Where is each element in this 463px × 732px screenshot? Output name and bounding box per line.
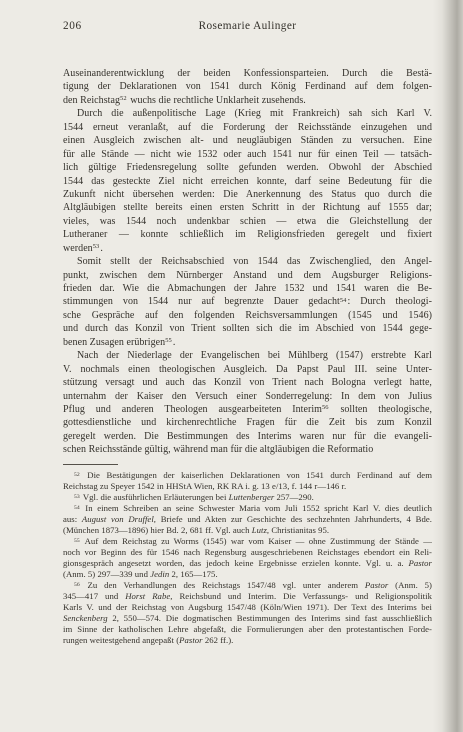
- text-line: werden53.: [63, 242, 432, 255]
- text-segment: stimmungen von 1544 nur auf begrenzte Da…: [63, 296, 340, 307]
- text-line: V. nochmals einen theologischen Ausgleic…: [63, 363, 432, 376]
- text-segment: 1544 erneut veranlaßt, auf die Forderung…: [63, 122, 432, 133]
- text-line: Auseinanderentwicklung der beiden Konfes…: [63, 67, 432, 80]
- text-segment: .: [100, 243, 103, 254]
- text-line: schen Reichsstände gültig, während man f…: [63, 443, 432, 456]
- text-segment: Pastor: [365, 580, 388, 590]
- text-line: 1544 erneut veranlaßt, auf die Forderung…: [63, 121, 432, 134]
- text-line: Pflug und anderen Theologen ausgearbeite…: [63, 403, 432, 416]
- text-segment: Lutz: [252, 525, 267, 535]
- footnote-line: aus: August von Druffel, Briefe und Akte…: [63, 514, 432, 525]
- text-segment: , Briefe und Akten zur Geschichte des se…: [154, 514, 432, 524]
- text-line: einen Ausgleich zwischen alt- und neuglä…: [63, 134, 432, 147]
- text-segment: Zukunft nicht übersehen werden: Die Aner…: [63, 189, 432, 200]
- text-segment: frieden dar. Wie die Abmachungen der Jah…: [63, 283, 432, 294]
- text-line: Lutheraner — konnte schließlich im Relig…: [63, 228, 432, 241]
- text-segment: schen Reichsstände gültig, während man f…: [63, 444, 373, 455]
- text-segment: Vgl. die ausführlichen Erläuterungen bei: [81, 492, 229, 502]
- text-segment: 257—290.: [274, 492, 314, 502]
- text-line: Durch die außenpolitische Lage (Krieg mi…: [63, 107, 432, 120]
- footnote-line: Reichstag zu Speyer 1542 in HHStA Wien, …: [63, 481, 432, 492]
- text-segment: : Durch theologi-: [347, 296, 432, 307]
- page-header: 206 Rosemarie Aulinger: [63, 20, 432, 34]
- text-segment: unternahm der Kaiser den Versuch einer S…: [63, 391, 432, 402]
- page-number: 206: [63, 20, 82, 32]
- footnote-marker: 56: [74, 582, 80, 588]
- footnote-line: gionsgespräch angesetzt worden, das jedo…: [63, 558, 432, 569]
- text-line: Nach der Niederlage der Evangelischen be…: [63, 349, 432, 362]
- book-page: 206 Rosemarie Aulinger Auseinanderentwic…: [0, 0, 463, 732]
- text-line: 1544 das gesteckte Ziel nicht erreichen …: [63, 175, 432, 188]
- text-segment: .: [173, 337, 176, 348]
- footnote-line: (Anm. 5) 297—339 und Jedin 2, 165—175.: [63, 569, 432, 580]
- paragraph: Somit stellt der Reichsabschied von 1544…: [63, 255, 432, 349]
- text-segment: , Christianitas 95.: [267, 525, 329, 535]
- footnote-line: 53 Vgl. die ausführlichen Erläuterungen …: [63, 492, 432, 503]
- text-segment: Luttenberger: [229, 492, 275, 502]
- text-line: Somit stellt der Reichsabschied von 1544…: [63, 255, 432, 268]
- text-segment: Auf dem Reichstag zu Worms (1545) war vo…: [81, 536, 432, 546]
- text-segment: Die Bestätigungen der kaiserlichen Dekla…: [81, 470, 432, 480]
- text-segment: Karls V. und der Reichstag von Augsburg …: [63, 602, 432, 612]
- page-gutter-shadow: [433, 0, 463, 732]
- footnote-line: 55 Auf dem Reichstag zu Worms (1545) war…: [63, 536, 432, 547]
- text-segment: (Anm. 5): [388, 580, 432, 590]
- footnote-marker: 52: [120, 95, 127, 102]
- text-segment: , Reichsbund und Interim. Die Verfassung…: [170, 591, 432, 601]
- text-segment: Auseinanderentwicklung der beiden Konfes…: [63, 68, 432, 79]
- text-segment: noch vor Beginn des für 1546 nach Regens…: [63, 547, 432, 557]
- body-text: Auseinanderentwicklung der beiden Konfes…: [63, 67, 432, 457]
- text-segment: rungen weitestgehend angepaßt (: [63, 635, 179, 645]
- text-segment: 2, 550—574. Die dogmatischen Bestimmunge…: [108, 613, 432, 623]
- running-head: Rosemarie Aulinger: [63, 20, 432, 32]
- text-segment: Pastor: [409, 558, 432, 568]
- footnote-marker: 54: [340, 297, 347, 304]
- text-segment: sche Gespräche auf den folgenden Reichsv…: [63, 310, 432, 321]
- footnote-line: (München 1873—1896) hier Bd. 2, 681 ff. …: [63, 525, 432, 536]
- text-segment: vieles, was 1544 noch undenkbar schien —…: [63, 216, 432, 227]
- text-segment: August von Druffel: [82, 514, 154, 524]
- footnote-line: rungen weitestgehend angepaßt (Pastor 26…: [63, 635, 432, 646]
- text-segment: aus:: [63, 514, 82, 524]
- text-line: für alle Stände — nicht wie 1532 oder au…: [63, 148, 432, 161]
- text-segment: im Sinne der katholischen Lehre abgefaßt…: [63, 624, 432, 634]
- text-segment: sollten theologische,: [330, 404, 432, 415]
- text-line: und durch das Konzil von Trient sollten …: [63, 322, 432, 335]
- text-segment: Durch die außenpolitische Lage (Krieg mi…: [77, 108, 432, 119]
- footnote: 53 Vgl. die ausführlichen Erläuterungen …: [63, 492, 432, 503]
- text-segment: einen Ausgleich zwischen alt- und neuglä…: [63, 135, 432, 146]
- text-segment: Horst Rabe: [125, 591, 170, 601]
- paragraph: Durch die außenpolitische Lage (Krieg mi…: [63, 107, 432, 255]
- text-segment: gionsgespräch angesetzt worden, das jedo…: [63, 558, 409, 568]
- footnote-line: Karls V. und der Reichstag von Augsburg …: [63, 602, 432, 613]
- text-segment: für alle Stände — nicht wie 1532 oder au…: [63, 149, 432, 160]
- text-segment: 2, 165—175.: [169, 569, 217, 579]
- text-segment: Zu den Verhandlungen des Reichstags 1547…: [81, 580, 365, 590]
- text-segment: 1544 das gesteckte Ziel nicht erreichen …: [63, 176, 432, 187]
- text-segment: gottesdienstliche und kirchenrechtliche …: [63, 417, 432, 428]
- text-segment: stützung versagt und auch das Konzil von…: [63, 377, 432, 388]
- text-segment: benen Zusagen erübrigen: [63, 337, 165, 348]
- text-segment: In einem Schreiben an seine Schwester Ma…: [81, 503, 432, 513]
- footnotes-section: 52 Die Bestätigungen der kaiserlichen De…: [63, 470, 432, 646]
- footnote-marker: 55: [74, 538, 80, 544]
- footnote-marker: 52: [74, 472, 80, 478]
- text-segment: Altgläubigen stellte bereits einen erste…: [63, 202, 432, 213]
- text-line: vieles, was 1544 noch undenkbar schien —…: [63, 215, 432, 228]
- footnote-line: 52 Die Bestätigungen der kaiserlichen De…: [63, 470, 432, 481]
- footnote-line: 54 In einem Schreiben an seine Schwester…: [63, 503, 432, 514]
- text-line: lich gültige Friedensregelung sollte gef…: [63, 161, 432, 174]
- text-segment: (München 1873—1896) hier Bd. 2, 681 ff. …: [63, 525, 252, 535]
- footnote-line: im Sinne der katholischen Lehre abgefaßt…: [63, 624, 432, 635]
- text-segment: punkt, zwischen dem Nürnberger Anstand u…: [63, 270, 432, 281]
- text-segment: wuchs die rechtliche Unklarheit zusehend…: [128, 95, 306, 106]
- text-line: unternahm der Kaiser den Versuch einer S…: [63, 390, 432, 403]
- footnote-marker: 53: [93, 243, 100, 250]
- text-line: den Reichstag52 wuchs die rechtliche Unk…: [63, 94, 432, 107]
- footnote: 56 Zu den Verhandlungen des Reichstags 1…: [63, 580, 432, 646]
- footnote: 54 In einem Schreiben an seine Schwester…: [63, 503, 432, 536]
- text-segment: lich gültige Friedensregelung sollte gef…: [63, 162, 432, 173]
- text-line: frieden dar. Wie die Abmachungen der Jah…: [63, 282, 432, 295]
- paragraph: Nach der Niederlage der Evangelischen be…: [63, 349, 432, 457]
- paragraph: Auseinanderentwicklung der beiden Konfes…: [63, 67, 432, 107]
- text-segment: (Anm. 5) 297—339 und: [63, 569, 150, 579]
- footnote-marker: 53: [74, 494, 80, 500]
- footnote-line: 56 Zu den Verhandlungen des Reichstags 1…: [63, 580, 432, 591]
- text-segment: tigung der Deklarationen von 1541 durch …: [63, 81, 432, 92]
- footnote-separator: [63, 464, 118, 465]
- text-segment: Somit stellt der Reichsabschied von 1544…: [77, 256, 432, 267]
- footnote-marker: 55: [165, 337, 172, 344]
- footnote-line: Senckenberg 2, 550—574. Die dogmatischen…: [63, 613, 432, 624]
- footnote-line: 345—417 und Horst Rabe, Reichsbund und I…: [63, 591, 432, 602]
- text-column: 206 Rosemarie Aulinger Auseinanderentwic…: [63, 20, 432, 646]
- text-segment: 345—417 und: [63, 591, 125, 601]
- text-segment: V. nochmals einen theologischen Ausgleic…: [63, 364, 432, 375]
- text-segment: und durch das Konzil von Trient sollten …: [63, 323, 432, 334]
- text-line: Altgläubigen stellte bereits einen erste…: [63, 201, 432, 214]
- text-line: sche Gespräche auf den folgenden Reichsv…: [63, 309, 432, 322]
- text-segment: geregelt werden. Die Bestimmungen des In…: [63, 431, 432, 442]
- text-segment: Lutheraner — konnte schließlich im Relig…: [63, 229, 432, 240]
- text-line: gottesdienstliche und kirchenrechtliche …: [63, 416, 432, 429]
- text-line: Zukunft nicht übersehen werden: Die Aner…: [63, 188, 432, 201]
- text-line: tigung der Deklarationen von 1541 durch …: [63, 80, 432, 93]
- footnote-marker: 54: [74, 505, 80, 511]
- text-segment: Pflug und anderen Theologen ausgearbeite…: [63, 404, 322, 415]
- footnote: 52 Die Bestätigungen der kaiserlichen De…: [63, 470, 432, 492]
- text-line: geregelt werden. Die Bestimmungen des In…: [63, 430, 432, 443]
- text-segment: Pastor: [179, 635, 202, 645]
- text-segment: Nach der Niederlage der Evangelischen be…: [77, 350, 432, 361]
- text-line: stimmungen von 1544 nur auf begrenzte Da…: [63, 295, 432, 308]
- text-line: benen Zusagen erübrigen55.: [63, 336, 432, 349]
- text-segment: Reichstag zu Speyer 1542 in HHStA Wien, …: [63, 481, 346, 491]
- text-line: punkt, zwischen dem Nürnberger Anstand u…: [63, 269, 432, 282]
- footnote-marker: 56: [322, 404, 329, 411]
- text-segment: Senckenberg: [63, 613, 108, 623]
- text-segment: den Reichstag: [63, 95, 120, 106]
- footnote: 55 Auf dem Reichstag zu Worms (1545) war…: [63, 536, 432, 580]
- text-segment: Jedin: [150, 569, 169, 579]
- text-line: stützung versagt und auch das Konzil von…: [63, 376, 432, 389]
- text-segment: werden: [63, 243, 93, 254]
- text-segment: 262 ff.).: [203, 635, 234, 645]
- footnote-line: noch vor Beginn des für 1546 nach Regens…: [63, 547, 432, 558]
